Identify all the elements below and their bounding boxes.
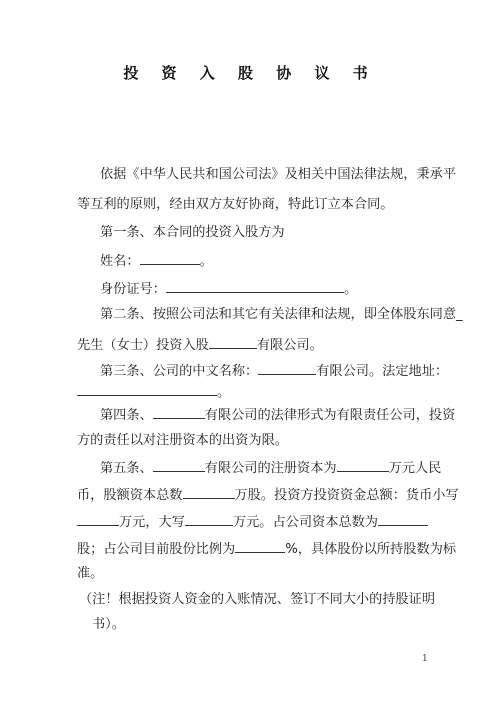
name-blank[interactable] bbox=[140, 252, 200, 265]
article-2-text-a: 先生（女士）投资入股 bbox=[77, 338, 209, 353]
amount-uppercase-blank[interactable] bbox=[185, 513, 233, 526]
article-3-end: 。 bbox=[217, 385, 230, 400]
company-name-blank[interactable] bbox=[258, 362, 316, 375]
article-5-line-3-text-b: 万元。占公司资本总数为 bbox=[233, 515, 378, 530]
article-3-text-b: 有限公司。法定地址： bbox=[316, 364, 448, 379]
article-3-line-1: 第三条、公司的中文名称：有限公司。法定地址： bbox=[100, 362, 448, 380]
name-label: 姓名： bbox=[100, 254, 140, 269]
address-blank[interactable] bbox=[77, 383, 217, 396]
document-page: 投 资 入 股 协 议 书 依据《中华人民共和国公司法》及相关中国法律法规，秉承… bbox=[0, 0, 500, 707]
article-5-line-4-text-b: %，具体股份以所持股数为标 bbox=[285, 542, 456, 557]
capital-share-blank[interactable] bbox=[378, 513, 428, 526]
article-5-text-c: 万元人民 bbox=[389, 461, 442, 476]
id-end: 。 bbox=[344, 282, 357, 297]
article-5-line-2-text-b: 万股。投资方投资资金总额：货币小写 bbox=[235, 488, 459, 503]
article-1: 第一条、本合同的投资入股方为 bbox=[100, 225, 285, 241]
company-blank-2[interactable] bbox=[153, 406, 205, 419]
company-blank-1[interactable] bbox=[209, 336, 257, 349]
note-line-2: 书）。 bbox=[92, 617, 125, 633]
article-5-line-5: 准。 bbox=[77, 566, 103, 582]
article-5-line-1: 第五条、有限公司的注册资本为万元人民 bbox=[100, 459, 441, 477]
article-2-text-b: 有限公司。 bbox=[257, 338, 323, 353]
article-3-line-2: 。 bbox=[77, 383, 230, 401]
total-shares-blank[interactable] bbox=[183, 486, 235, 499]
article-4-line-1: 第四条、有限公司的法律形式为有限责任公司，投资 bbox=[100, 406, 455, 424]
article-4-line-2: 方的责任以对注册资本的出资为限。 bbox=[77, 433, 288, 449]
amount-lowercase-blank[interactable] bbox=[77, 513, 119, 526]
article-5-line-4-text-a: 股；占公司目前股份比例为 bbox=[77, 542, 235, 557]
article-2-line-2: 先生（女士）投资入股有限公司。 bbox=[77, 336, 323, 354]
id-field-line: 身份证号：。 bbox=[100, 280, 357, 298]
note-line-1: （注！根据投资人资金的入账情况、签订不同大小的持股证明 bbox=[79, 592, 435, 608]
id-blank[interactable] bbox=[166, 280, 344, 293]
page-number: 1 bbox=[422, 654, 428, 664]
article-5-text-a: 第五条、 bbox=[100, 461, 153, 476]
article-2-line-1: 第二条、按照公司法和其它有关法律和法规，即全体股东同意_ bbox=[100, 307, 463, 323]
id-label: 身份证号： bbox=[100, 282, 166, 297]
article-5-line-3-text-a: 万元，大写 bbox=[119, 515, 185, 530]
document-title: 投 资 入 股 协 议 书 bbox=[0, 62, 500, 83]
name-field-line: 姓名：。 bbox=[100, 252, 213, 270]
registered-capital-blank[interactable] bbox=[337, 459, 389, 472]
intro-line-1: 依据《中华人民共和国公司法》及相关中国法律法规，秉承平 bbox=[100, 167, 456, 183]
article-4-text-a: 第四条、 bbox=[100, 408, 153, 423]
article-5-text-b: 有限公司的注册资本为 bbox=[205, 461, 337, 476]
name-end: 。 bbox=[200, 254, 213, 269]
intro-line-2: 等互利的原则，经由双方友好协商，特此订立本合同。 bbox=[77, 197, 394, 213]
article-3-text-a: 第三条、公司的中文名称： bbox=[100, 364, 258, 379]
article-5-line-2-text-a: 币，股额资本总数 bbox=[77, 488, 183, 503]
company-blank-3[interactable] bbox=[153, 459, 205, 472]
article-5-line-4: 股；占公司目前股份比例为%，具体股份以所持股数为标 bbox=[77, 540, 456, 558]
article-5-line-3: 万元，大写万元。占公司资本总数为 bbox=[77, 513, 428, 531]
share-percent-blank[interactable] bbox=[235, 540, 285, 553]
article-4-text-b: 有限公司的法律形式为有限责任公司，投资 bbox=[205, 408, 456, 423]
article-5-line-2: 币，股额资本总数万股。投资方投资资金总额：货币小写 bbox=[77, 486, 459, 504]
